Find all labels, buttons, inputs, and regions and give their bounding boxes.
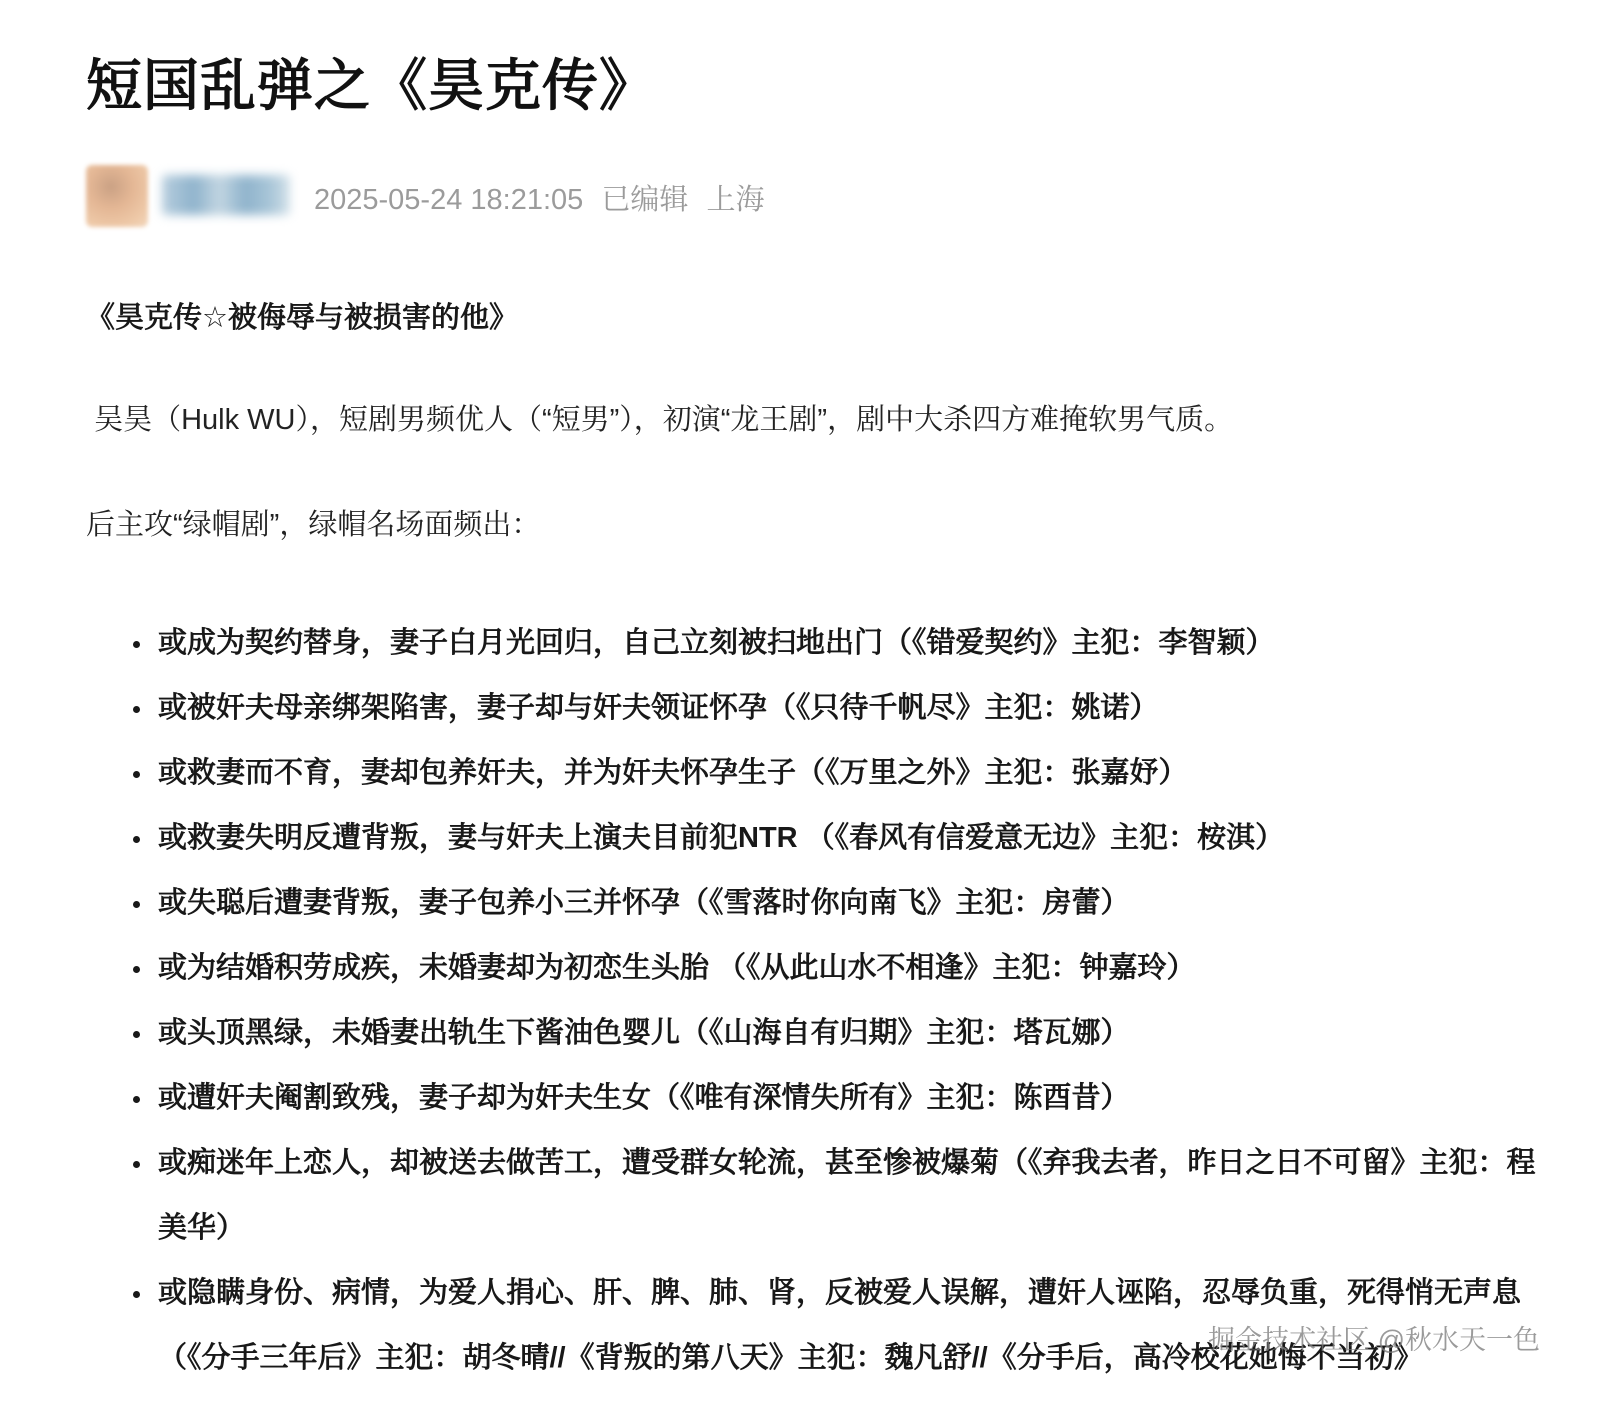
post-timestamp: 2025-05-24 18:21:05 bbox=[314, 184, 583, 216]
list-item: 或头顶黑绿，未婚妻出轨生下酱油色婴儿（《山海自有归期》主犯：塔瓦娜） bbox=[154, 1001, 1536, 1066]
article-body: 《昊克传☆被侮辱与被损害的他》 吴昊（Hulk WU），短剧男频优人（“短男”）… bbox=[86, 295, 1548, 1391]
intro-paragraph: 吴昊（Hulk WU），短剧男频优人（“短男”），初演“龙王剧”，剧中大杀四方难… bbox=[86, 400, 1548, 441]
scene-list: 或成为契约替身，妻子白月光回归，自己立刻被扫地出门（《错爱契约》主犯：李智颖） … bbox=[86, 611, 1548, 1391]
avatar[interactable] bbox=[86, 165, 148, 227]
list-item: 或失聪后遭妻背叛，妻子包养小三并怀孕（《雪落时你向南飞》主犯：房蕾） bbox=[154, 871, 1536, 936]
list-item: 或隐瞒身份、病情，为爱人捐心、肝、脾、肺、肾，反被爱人误解，遭奸人诬陷，忍辱负重… bbox=[154, 1261, 1536, 1391]
lead-paragraph: 后主攻“绿帽剧”，绿帽名场面频出： bbox=[86, 505, 1548, 546]
list-item: 或成为契约替身，妻子白月光回归，自己立刻被扫地出门（《错爱契约》主犯：李智颖） bbox=[154, 611, 1536, 676]
edited-badge: 已编辑 bbox=[601, 184, 688, 216]
username-blurred[interactable] bbox=[162, 175, 290, 215]
author-row: 2025-05-24 18:21:05 已编辑 上海 bbox=[86, 165, 1548, 229]
list-item: 或遭奸夫阉割致残，妻子却为奸夫生女（《唯有深情失所有》主犯：陈酉昔） bbox=[154, 1066, 1536, 1131]
article-subtitle: 《昊克传☆被侮辱与被损害的他》 bbox=[86, 295, 1548, 336]
list-item: 或救妻失明反遭背叛，妻与奸夫上演夫目前犯NTR （《春风有信爱意无边》主犯：桉淇… bbox=[154, 806, 1536, 871]
post-location: 上海 bbox=[706, 184, 764, 216]
article-page: 短国乱弹之《昊克传》 2025-05-24 18:21:05 已编辑 上海 《昊… bbox=[0, 0, 1608, 1421]
list-item: 或被奸夫母亲绑架陷害，妻子却与奸夫领证怀孕（《只待千帆尽》主犯：姚诺） bbox=[154, 676, 1536, 741]
list-item: 或救妻而不育，妻却包养奸夫，并为奸夫怀孕生子（《万里之外》主犯：张嘉妤） bbox=[154, 741, 1536, 806]
page-title: 短国乱弹之《昊克传》 bbox=[86, 0, 1548, 119]
list-item: 或痴迷年上恋人，却被送去做苦工，遭受群女轮流，甚至惨被爆菊（《弃我去者，昨日之日… bbox=[154, 1131, 1536, 1261]
list-item: 或为结婚积劳成疾，未婚妻却为初恋生头胎 （《从此山水不相逢》主犯：钟嘉玲） bbox=[154, 936, 1536, 1001]
post-meta: 2025-05-24 18:21:05 已编辑 上海 bbox=[314, 177, 774, 218]
